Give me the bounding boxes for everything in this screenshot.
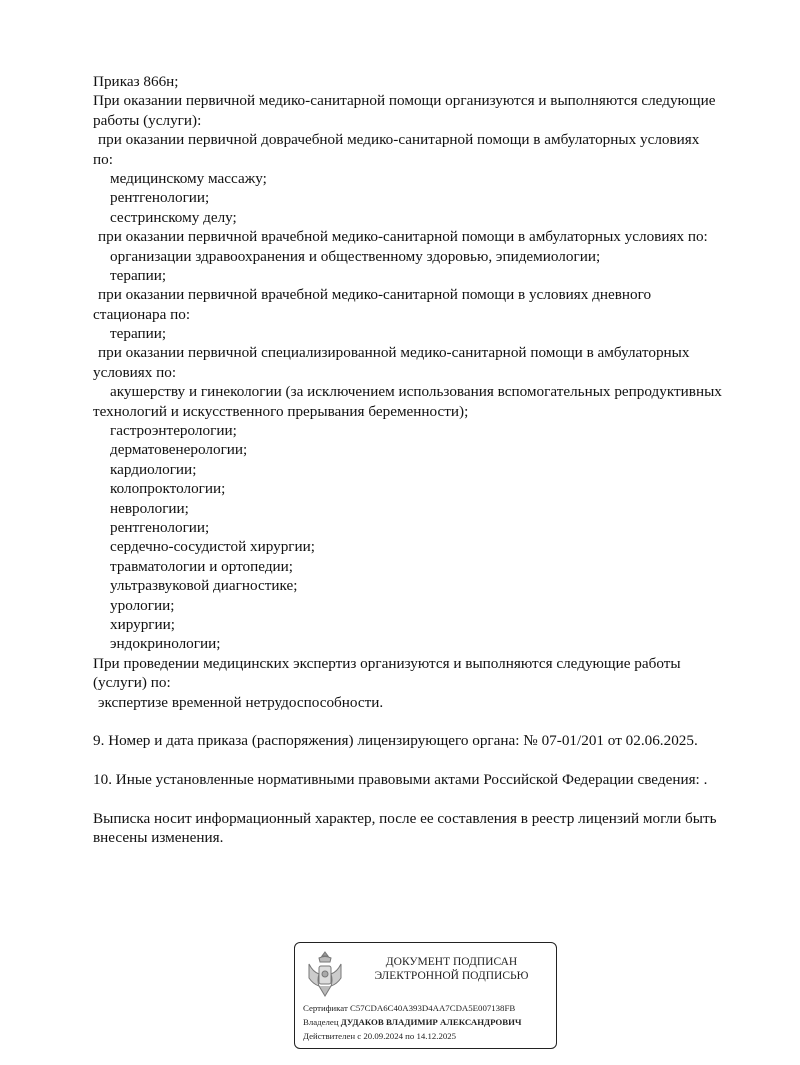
owner-label: Владелец (303, 1017, 339, 1027)
text-line: по: (93, 150, 773, 169)
text-line: внесены изменения. (93, 828, 773, 847)
text-line: при оказании первичной врачебной медико-… (93, 227, 773, 246)
text-line: работы (услуги): (93, 111, 773, 130)
owner-row: Владелец ДУДАКОВ ВЛАДИМИР АЛЕКСАНДРОВИЧ (303, 1017, 521, 1027)
certificate-row: Сертификат C57CDA6C40A393D4AA7CDA5E00713… (303, 1003, 515, 1013)
text-line: эндокринологии; (93, 634, 773, 653)
stamp-title-line2: ЭЛЕКТРОННОЙ ПОДПИСЬЮ (353, 969, 550, 983)
text-line: урологии; (93, 596, 773, 615)
paragraph-gap (93, 712, 773, 731)
text-line: рентгенологии; (93, 188, 773, 207)
text-line: медицинскому массажу; (93, 169, 773, 188)
validity-value: с 20.09.2024 по 14.12.2025 (357, 1031, 456, 1041)
text-line: условиях по: (93, 363, 773, 382)
text-line: 10. Иные установленные нормативными прав… (93, 770, 773, 789)
text-line: при оказании первичной доврачебной медик… (93, 130, 773, 149)
text-line: экспертизе временной нетрудоспособности. (93, 693, 773, 712)
text-line: ультразвуковой диагностике; (93, 576, 773, 595)
certificate-value: C57CDA6C40A393D4AA7CDA5E007138FB (350, 1003, 515, 1013)
text-line: гастроэнтерологии; (93, 421, 773, 440)
text-line: сестринскому делу; (93, 208, 773, 227)
validity-row: Действителен с 20.09.2024 по 14.12.2025 (303, 1031, 456, 1041)
text-line: рентгенологии; (93, 518, 773, 537)
paragraph-gap (93, 789, 773, 808)
text-line: терапии; (93, 266, 773, 285)
text-line: сердечно-сосудистой хирургии; (93, 537, 773, 556)
text-line: при оказании первичной специализированно… (93, 343, 773, 362)
text-line: травматологии и ортопедии; (93, 557, 773, 576)
certificate-label: Сертификат (303, 1003, 348, 1013)
text-line: организации здравоохранения и общественн… (93, 247, 773, 266)
stamp-title-line1: ДОКУМЕНТ ПОДПИСАН (353, 955, 550, 969)
validity-label: Действителен (303, 1031, 355, 1041)
text-line: неврологии; (93, 499, 773, 518)
text-line: стационара по: (93, 305, 773, 324)
text-line: (услуги) по: (93, 673, 773, 692)
text-line: акушерству и гинекологии (за исключением… (93, 382, 773, 401)
text-line: хирургии; (93, 615, 773, 634)
text-line: Приказ 866н; (93, 72, 773, 91)
electronic-signature-stamp: ДОКУМЕНТ ПОДПИСАН ЭЛЕКТРОННОЙ ПОДПИСЬЮ С… (294, 942, 557, 1049)
text-line: 9. Номер и дата приказа (распоряжения) л… (93, 731, 773, 750)
text-line: Выписка носит информационный характер, п… (93, 809, 773, 828)
text-line: колопроктологии; (93, 479, 773, 498)
coat-of-arms-icon (305, 950, 345, 1000)
text-line: технологий и искусственного прерывания б… (93, 402, 773, 421)
stamp-title: ДОКУМЕНТ ПОДПИСАН ЭЛЕКТРОННОЙ ПОДПИСЬЮ (353, 955, 550, 983)
owner-value: ДУДАКОВ ВЛАДИМИР АЛЕКСАНДРОВИЧ (341, 1017, 522, 1027)
text-line: При оказании первичной медико-санитарной… (93, 91, 773, 110)
text-line: дерматовенерологии; (93, 440, 773, 459)
document-body: Приказ 866н;При оказании первичной медик… (93, 72, 773, 848)
text-line: терапии; (93, 324, 773, 343)
paragraph-gap (93, 751, 773, 770)
text-line: при оказании первичной врачебной медико-… (93, 285, 773, 304)
text-line: кардиологии; (93, 460, 773, 479)
text-line: При проведении медицинских экспертиз орг… (93, 654, 773, 673)
